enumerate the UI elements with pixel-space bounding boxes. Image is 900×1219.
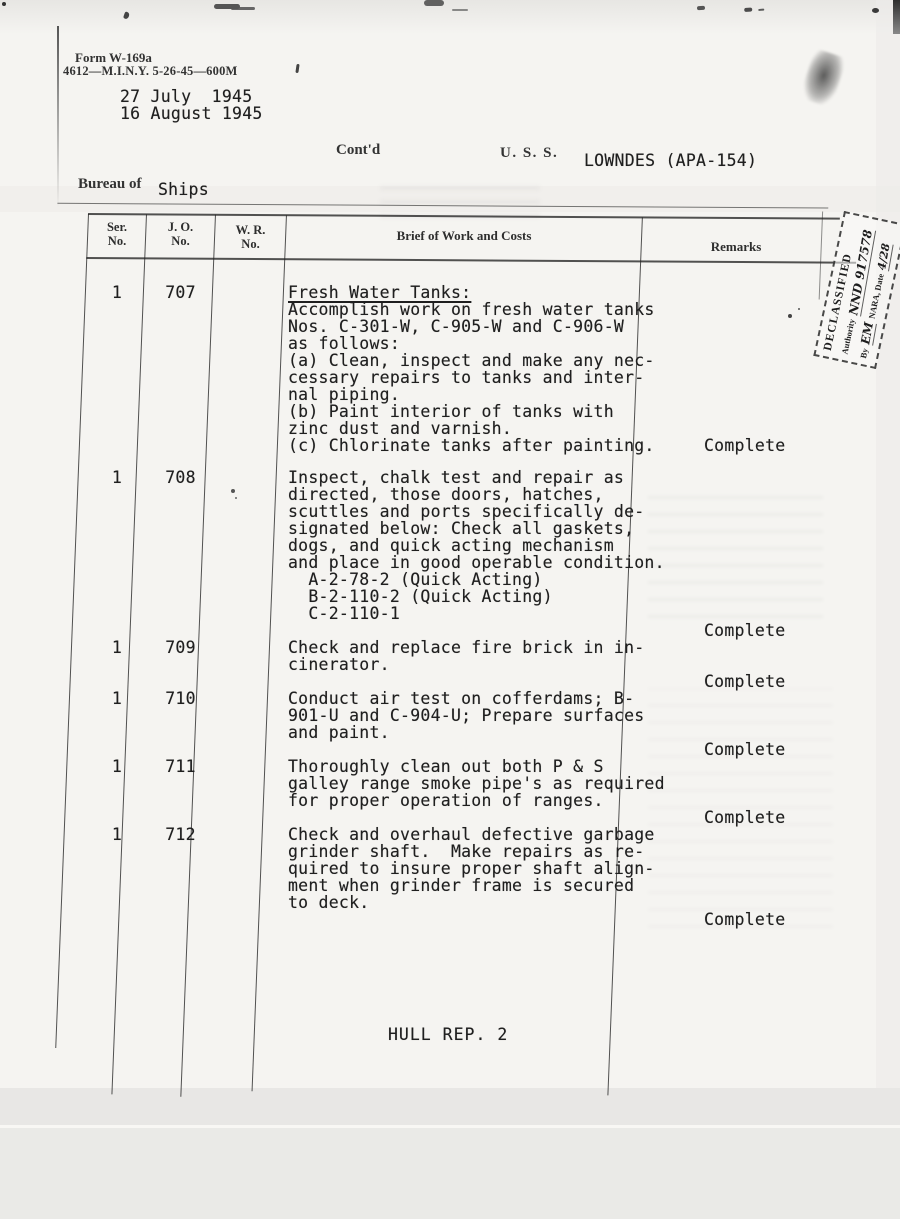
work-brief-cell: Check and replace fire brick in in-ciner… bbox=[286, 639, 642, 690]
remarks-cell: Complete bbox=[642, 758, 830, 826]
work-brief-line: Nos. C-301-W, C-905-W and C-906-W bbox=[288, 318, 642, 335]
bleed-through-smudge bbox=[380, 176, 540, 218]
work-brief-line: Inspect, chalk test and repair as bbox=[288, 469, 642, 486]
wr-no-cell bbox=[215, 284, 286, 454]
work-item-row: 1 712 Check and overhaul defective garba… bbox=[88, 826, 830, 928]
work-brief-line: ment when grinder frame is secured bbox=[288, 877, 642, 894]
stamp-initials: EM bbox=[858, 321, 877, 346]
date-block: 27 July 194516 August 1945 bbox=[120, 88, 263, 122]
jo-no-cell: 709 bbox=[146, 639, 215, 690]
ink-speck-artifact bbox=[872, 8, 879, 13]
scan-band-top bbox=[0, 0, 900, 34]
work-brief-line: C-2-110-1 bbox=[288, 605, 642, 622]
work-brief-line: for proper operation of ranges. bbox=[288, 792, 642, 809]
work-brief-cell: Inspect, chalk test and repair asdirecte… bbox=[286, 469, 642, 639]
work-brief-cell: Fresh Water Tanks:Accomplish work on fre… bbox=[286, 284, 642, 454]
uss-label: U. S. S. bbox=[500, 145, 558, 162]
work-brief-line: zinc dust and varnish. bbox=[288, 420, 642, 437]
remark-status: Complete bbox=[642, 622, 785, 639]
ser-no-cell: 1 bbox=[88, 639, 146, 690]
column-header-jo-no: J. O.No. bbox=[146, 220, 215, 248]
work-brief-line: B-2-110-2 (Quick Acting) bbox=[288, 588, 642, 605]
wr-no-cell bbox=[215, 469, 286, 639]
remark-status: Complete bbox=[642, 741, 785, 758]
work-brief-line: and paint. bbox=[288, 724, 642, 741]
work-brief-line: 901-U and C-904-U; Prepare surfaces bbox=[288, 707, 642, 724]
work-brief-line: and place in good operable condition. bbox=[288, 554, 642, 571]
scan-band-bottom-2 bbox=[0, 1128, 900, 1219]
column-header-remarks: Remarks bbox=[642, 240, 830, 254]
work-brief-line: Thoroughly clean out both P & S bbox=[288, 758, 642, 775]
work-brief-cell: Check and overhaul defective garbagegrin… bbox=[286, 826, 642, 928]
date-line-2: 16 August 1945 bbox=[120, 104, 263, 123]
contd-label: Cont'd bbox=[336, 142, 380, 159]
remarks-cell: Complete bbox=[642, 690, 830, 758]
work-item-row: 1 711 Thoroughly clean out both P & Sgal… bbox=[88, 758, 830, 826]
work-brief-line: (a) Clean, inspect and make any nec- bbox=[288, 352, 642, 369]
ser-no-cell: 1 bbox=[88, 284, 146, 454]
wr-no-cell bbox=[215, 758, 286, 826]
rule-line bbox=[88, 213, 840, 220]
work-brief-line: dogs, and quick acting mechanism bbox=[288, 537, 642, 554]
remark-status: Complete bbox=[642, 911, 785, 928]
scan-seam bbox=[0, 1125, 900, 1128]
stamp-by-label: By bbox=[858, 347, 870, 359]
work-brief-line: as follows: bbox=[288, 335, 642, 352]
work-brief-line: (c) Chlorinate tanks after painting. bbox=[288, 437, 642, 454]
rule-line bbox=[57, 203, 828, 209]
remarks-cell: Complete bbox=[642, 639, 830, 690]
scan-band-bottom bbox=[0, 1088, 900, 1126]
scanned-document-page: Form W-169a 4612—M.I.N.Y. 5-26-45—600M 2… bbox=[0, 0, 900, 1219]
work-items-table-body: 1 707 Fresh Water Tanks:Accomplish work … bbox=[88, 284, 830, 928]
work-brief-line: Accomplish work on fresh water tanks bbox=[288, 301, 642, 318]
declassified-stamp: DECLASSIFIED Authority NND 917578 By EM … bbox=[813, 211, 900, 369]
work-brief-line: grinder shaft. Make repairs as re- bbox=[288, 843, 642, 860]
rule-line bbox=[86, 257, 856, 264]
work-brief-cell: Thoroughly clean out both P & Sgalley ra… bbox=[286, 758, 642, 826]
wr-no-cell bbox=[215, 690, 286, 758]
work-brief-line: (b) Paint interior of tanks with bbox=[288, 403, 642, 420]
work-brief-line: galley range smoke pipe's as required bbox=[288, 775, 642, 792]
ship-name: LOWNDES (APA-154) bbox=[584, 152, 757, 169]
scan-edge-artifact bbox=[57, 26, 59, 208]
work-brief-cell: Conduct air test on cofferdams; B-901-U … bbox=[286, 690, 642, 758]
column-header-ser-no: Ser.No. bbox=[88, 220, 146, 248]
ink-blot-artifact bbox=[799, 48, 847, 108]
work-brief-line: Conduct air test on cofferdams; B- bbox=[288, 690, 642, 707]
jo-no-cell: 708 bbox=[146, 469, 215, 639]
remarks-cell: Complete bbox=[642, 826, 830, 928]
page-footer-label: HULL REP. 2 bbox=[388, 1026, 508, 1043]
work-brief-line bbox=[288, 622, 642, 639]
scan-edge-artifact bbox=[893, 0, 900, 34]
work-brief-line: cessary repairs to tanks and inter- bbox=[288, 369, 642, 386]
rule-line bbox=[55, 214, 89, 1048]
ser-no-cell: 1 bbox=[88, 690, 146, 758]
work-item-row: 1 708 Inspect, chalk test and repair asd… bbox=[88, 469, 830, 639]
work-brief-line: cinerator. bbox=[288, 656, 642, 673]
work-brief-line: directed, those doors, hatches, bbox=[288, 486, 642, 503]
work-brief-line bbox=[288, 809, 642, 826]
ink-speck-artifact bbox=[295, 64, 299, 73]
wr-no-cell bbox=[215, 826, 286, 928]
work-brief-line: to deck. bbox=[288, 894, 642, 911]
scan-band-right bbox=[876, 0, 900, 1219]
work-brief-line: Check and replace fire brick in in- bbox=[288, 639, 642, 656]
remark-status: Complete bbox=[642, 437, 785, 454]
work-brief-line bbox=[288, 673, 642, 690]
ser-no-cell: 1 bbox=[88, 826, 146, 928]
ink-smudge-artifact bbox=[424, 0, 444, 6]
ink-smudge-artifact bbox=[214, 4, 240, 9]
jo-no-cell: 712 bbox=[146, 826, 215, 928]
work-brief-line: Check and overhaul defective garbage bbox=[288, 826, 642, 843]
work-brief-line bbox=[288, 911, 642, 928]
work-brief-line bbox=[288, 741, 642, 758]
jo-no-cell: 711 bbox=[146, 758, 215, 826]
work-brief-line: A-2-78-2 (Quick Acting) bbox=[288, 571, 642, 588]
remark-status: Complete bbox=[642, 809, 785, 826]
work-brief-line: nal piping. bbox=[288, 386, 642, 403]
work-item-row: 1 709 Check and replace fire brick in in… bbox=[88, 639, 830, 690]
work-brief-line: signated below: Check all gaskets, bbox=[288, 520, 642, 537]
ink-smudge-artifact bbox=[697, 6, 705, 11]
work-brief-line: scuttles and ports specifically de- bbox=[288, 503, 642, 520]
remarks-cell: Complete bbox=[642, 284, 830, 454]
column-header-wr-no: W. R.No. bbox=[215, 223, 286, 251]
jo-no-cell: 707 bbox=[146, 284, 215, 454]
jo-no-cell: 710 bbox=[146, 690, 215, 758]
form-print-code: 4612—M.I.N.Y. 5-26-45—600M bbox=[63, 64, 238, 79]
column-header-brief: Brief of Work and Costs bbox=[286, 229, 642, 243]
work-item-row: 1 710 Conduct air test on cofferdams; B-… bbox=[88, 690, 830, 758]
stamp-agency-label: NARA, Date bbox=[866, 273, 885, 320]
work-item-row: 1 707 Fresh Water Tanks:Accomplish work … bbox=[88, 284, 830, 454]
work-brief-line: quired to insure proper shaft align- bbox=[288, 860, 642, 877]
ink-speck-artifact bbox=[2, 2, 6, 6]
ser-no-cell: 1 bbox=[88, 469, 146, 639]
ser-no-cell: 1 bbox=[88, 758, 146, 826]
stamp-date: 4/28 bbox=[875, 242, 893, 271]
remarks-cell: Complete bbox=[642, 469, 830, 639]
work-brief-line: Fresh Water Tanks: bbox=[288, 284, 642, 301]
wr-no-cell bbox=[215, 639, 286, 690]
bureau-value: Ships bbox=[158, 181, 209, 198]
remark-status: Complete bbox=[642, 673, 785, 690]
ink-speck-artifact bbox=[123, 11, 130, 19]
bureau-of-label: Bureau of bbox=[78, 176, 141, 193]
